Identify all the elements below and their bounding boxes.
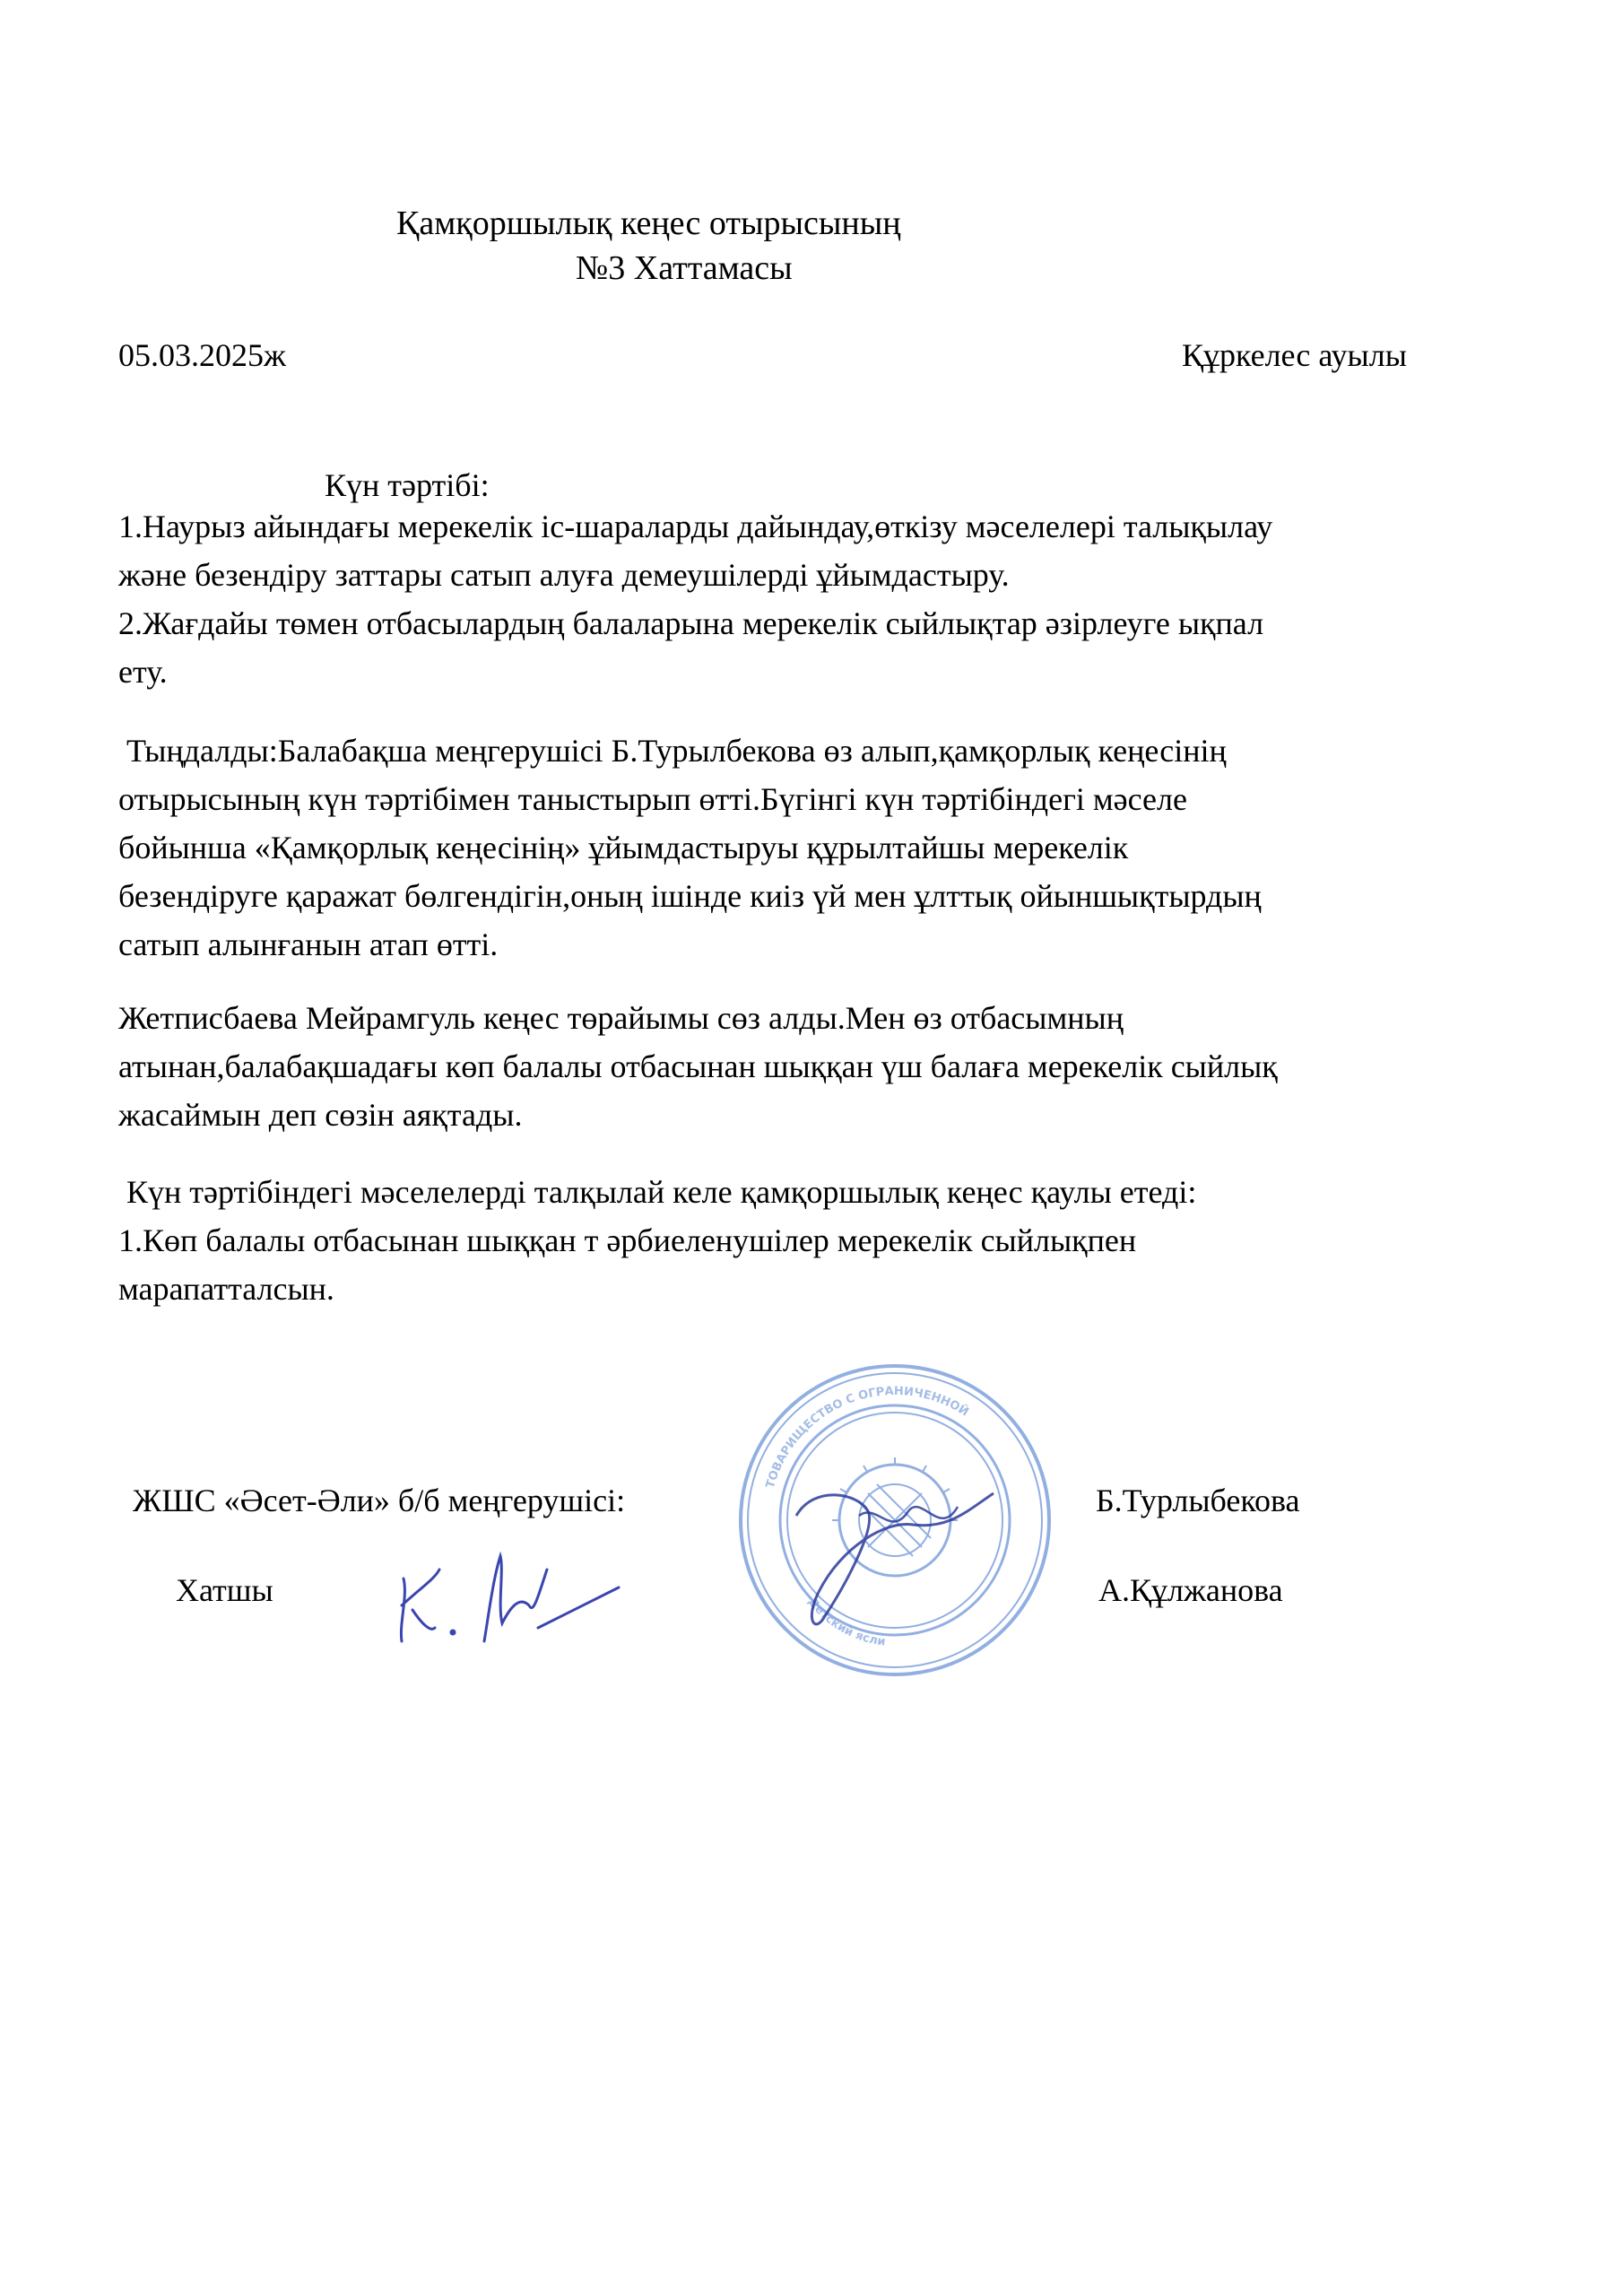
document-place: Құркелес ауылы xyxy=(1182,339,1407,371)
text-line: жасаймын деп сөзін аяқтады. xyxy=(118,1091,1517,1139)
protocol-number: №3 Хаттамасы xyxy=(576,251,793,285)
head-signature-name: Б.Турлыбекова xyxy=(1096,1484,1300,1517)
head-signature-label: ЖШС «Әсет-Әли» б/б меңгерушісі: xyxy=(133,1484,625,1517)
text-line: безендіруге қаражат бөлгендігін,оның іші… xyxy=(118,872,1517,920)
agenda-heading: Күн тәртібі: xyxy=(325,469,490,501)
text-line: 1.Көп балалы отбасынан шыққан т әрбиелен… xyxy=(118,1216,1517,1265)
text-line: сатып алынғанын атап өтті. xyxy=(118,920,1517,969)
text-line: 1.Наурыз айындағы мерекелік іс-шараларды… xyxy=(118,502,1517,551)
agenda-items: 1.Наурыз айындағы мерекелік іс-шараларды… xyxy=(118,502,1517,696)
decision-paragraph: Күн тәртібіндегі мәселелерді талқылай ке… xyxy=(118,1168,1517,1313)
text-line: және безендіру заттары сатып алуға демеу… xyxy=(118,551,1517,599)
svg-text:Детский ясли: Детский ясли xyxy=(805,1596,887,1649)
text-line: Күн тәртібіндегі мәселелерді талқылай ке… xyxy=(118,1168,1517,1216)
document-date: 05.03.2025ж xyxy=(118,339,286,371)
text-line: отырысының күн тәртібімен таныстырып өтт… xyxy=(118,775,1517,823)
official-stamp-icon: ТОВАРИЩЕСТВО С ОГРАНИЧЕННОЙ Детский ясли xyxy=(733,1359,1056,1682)
secretary-signature-icon xyxy=(386,1543,655,1659)
text-line: Жетписбаева Мейрамгуль кеңес төрайымы сө… xyxy=(118,994,1517,1042)
secretary-signature-label: Хатшы xyxy=(176,1574,273,1606)
heard-paragraph: Тыңдалды:Балабақша меңгерушісі Б.Турылбе… xyxy=(118,726,1517,969)
text-line: ету. xyxy=(118,648,1517,696)
text-line: атынан,балабақшадағы көп балалы отбасына… xyxy=(118,1042,1517,1091)
document-title: Қамқоршылық кеңес отырысының xyxy=(396,206,901,240)
speaker-paragraph: Жетписбаева Мейрамгуль кеңес төрайымы сө… xyxy=(118,994,1517,1139)
text-line: 2.Жағдайы төмен отбасылардың балаларына … xyxy=(118,599,1517,648)
secretary-signature-name: А.Құлжанова xyxy=(1098,1574,1283,1606)
text-line: бойынша «Қамқорлық кеңесінің» ұйымдастыр… xyxy=(118,823,1517,872)
text-line: Тыңдалды:Балабақша меңгерушісі Б.Турылбе… xyxy=(118,726,1517,775)
text-line: марапатталсын. xyxy=(118,1265,1517,1313)
